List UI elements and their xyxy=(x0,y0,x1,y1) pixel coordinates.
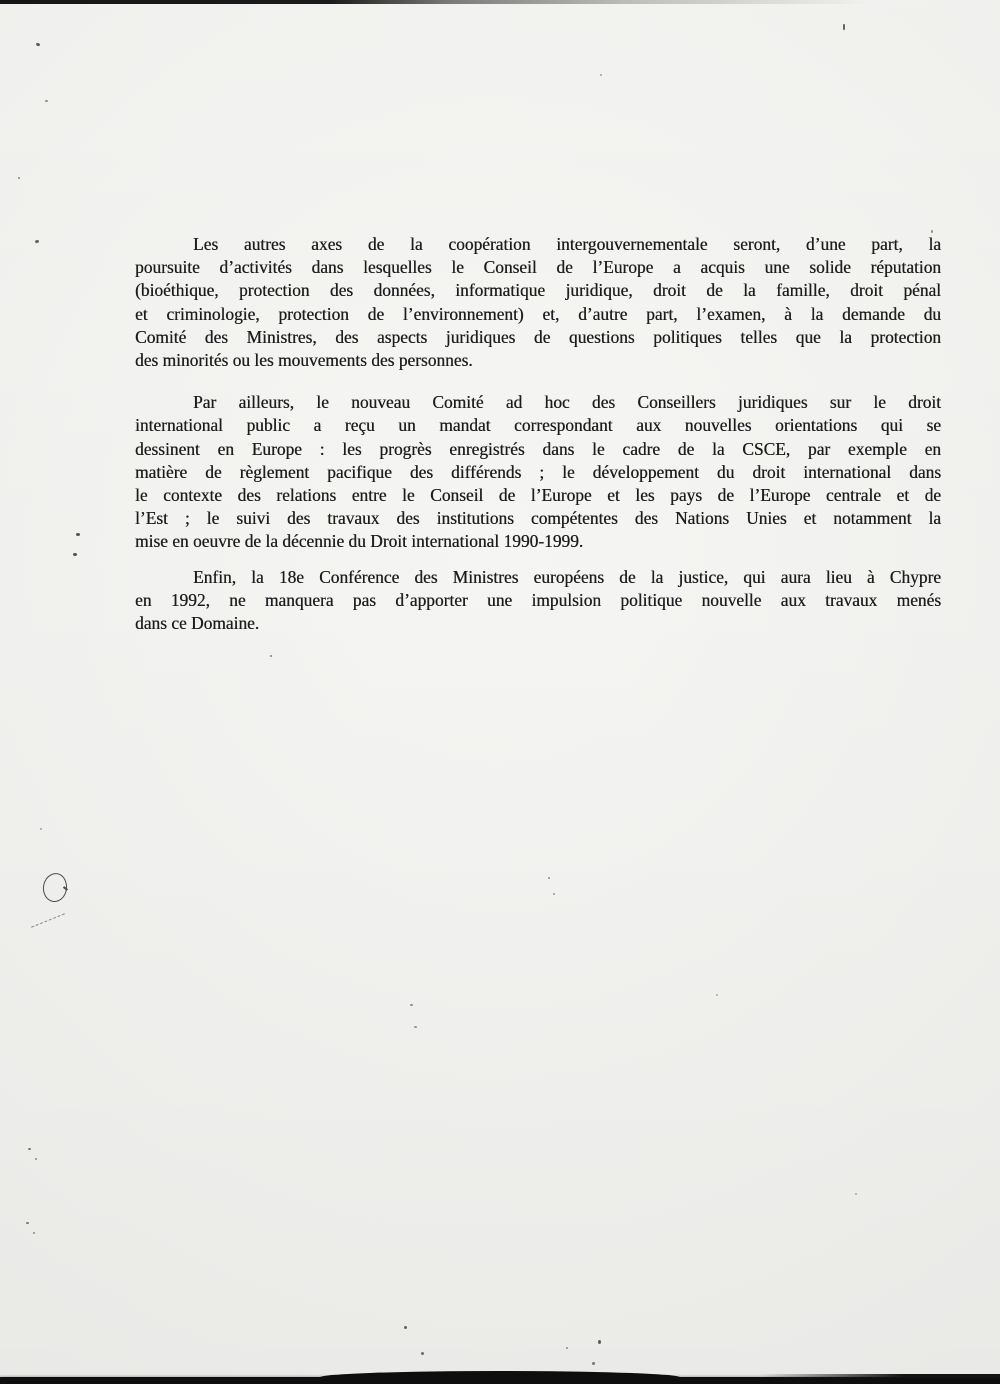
scan-artifact-top-edge xyxy=(0,0,870,4)
scan-speckle xyxy=(592,1362,595,1365)
scan-speckle xyxy=(76,533,80,536)
text-line: et criminologie, protection de l’environ… xyxy=(135,303,941,326)
document-body: Les autres axes de la coopération interg… xyxy=(135,233,941,654)
paragraph: Enfin, la 18e Conférence des Ministres e… xyxy=(135,566,941,636)
text-line: dans ce Domaine. xyxy=(135,612,941,635)
handwritten-pen-stroke xyxy=(31,913,65,927)
scan-speckle xyxy=(843,24,845,30)
scanned-document-page: Les autres axes de la coopération interg… xyxy=(0,0,1000,1384)
scan-speckle xyxy=(598,1340,601,1344)
text-line: mise en oeuvre de la décennie du Droit i… xyxy=(135,530,941,553)
text-line: l’Est ; le suivi des travaux des institu… xyxy=(135,507,941,530)
scan-speckle xyxy=(566,1347,568,1349)
text-line: international public a reçu un mandat co… xyxy=(135,414,941,437)
scan-speckle xyxy=(600,74,602,76)
scan-speckle xyxy=(421,1352,424,1355)
scan-speckle xyxy=(404,1326,407,1329)
scan-speckle xyxy=(45,100,48,102)
scan-speckle xyxy=(931,230,933,233)
text-line: Les autres axes de la coopération interg… xyxy=(135,233,941,256)
scan-speckle xyxy=(40,828,42,830)
scan-speckle xyxy=(270,655,272,657)
text-line: matière de règlement pacifique des diffé… xyxy=(135,461,941,484)
text-line: des minorités ou les mouvements des pers… xyxy=(135,349,941,372)
paragraph: Par ailleurs, le nouveau Comité ad hoc d… xyxy=(135,391,941,553)
scan-artifact-bottom-edge xyxy=(0,1377,1000,1384)
scan-speckle xyxy=(414,1026,417,1028)
text-line: Comité des Ministres, des aspects juridi… xyxy=(135,326,941,349)
scan-speckle xyxy=(410,1004,413,1006)
scan-speckle xyxy=(73,553,77,556)
scan-speckle xyxy=(855,1193,857,1195)
text-line: poursuite d’activités dans lesquelles le… xyxy=(135,256,941,279)
paragraph: Les autres axes de la coopération interg… xyxy=(135,233,941,372)
text-line: Par ailleurs, le nouveau Comité ad hoc d… xyxy=(135,391,941,414)
text-line: dessinent en Europe : les progrès enregi… xyxy=(135,438,941,461)
text-line: le contexte des relations entre le Conse… xyxy=(135,484,941,507)
scan-speckle xyxy=(36,42,41,46)
scan-speckle xyxy=(553,893,555,895)
text-line: Enfin, la 18e Conférence des Ministres e… xyxy=(135,566,941,589)
scan-speckle xyxy=(33,1232,35,1234)
scan-speckle xyxy=(26,1222,29,1224)
text-line: en 1992, ne manquera pas d’apporter une … xyxy=(135,589,941,612)
scan-speckle xyxy=(35,1158,37,1160)
scan-speckle xyxy=(35,240,40,244)
scan-speckle xyxy=(28,1148,31,1150)
handwritten-circle-mark xyxy=(41,871,69,903)
scan-speckle xyxy=(18,177,20,179)
scan-speckle xyxy=(548,877,550,879)
text-line: (bioéthique, protection des données, inf… xyxy=(135,279,941,302)
scan-speckle xyxy=(716,994,718,996)
